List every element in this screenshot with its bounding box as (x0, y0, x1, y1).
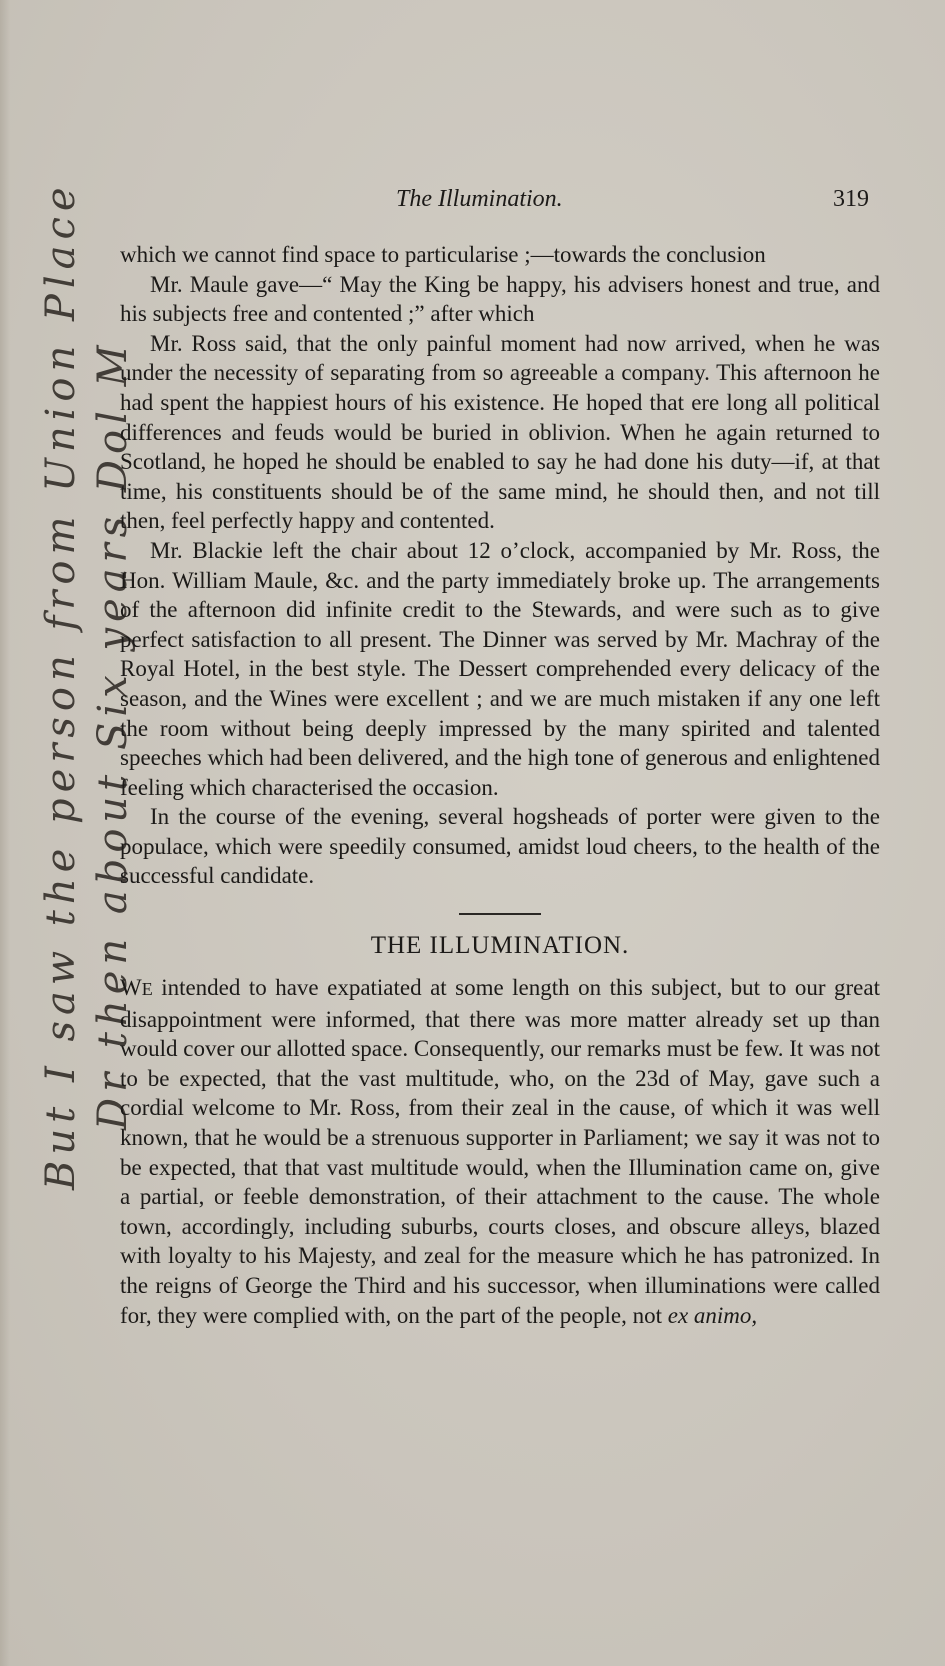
book-page: But I saw the person from Union Place Dr… (0, 0, 945, 1666)
section-divider (459, 913, 541, 915)
italic-phrase: ex animo, (668, 1303, 757, 1328)
section-paragraph: We intended to have expatiated at some l… (120, 973, 880, 1330)
paragraph: In the course of the evening, several ho… (120, 802, 880, 891)
marginalia-line-1: But I saw the person from Union Place (38, 181, 84, 1190)
paragraph: Mr. Maule gave—“ May the King be happy, … (120, 270, 880, 329)
body-text: which we cannot find space to particular… (120, 240, 880, 1330)
paragraph: Mr. Blackie left the chair about 12 o’cl… (120, 536, 880, 802)
page-number: 319 (833, 186, 869, 213)
paragraph: Mr. Ross said, that the only painful mom… (120, 329, 880, 536)
smallcap-lead: e (142, 979, 153, 999)
running-head: The Illumination. 319 (120, 186, 875, 220)
drop-initial: W (120, 975, 142, 1000)
running-title: The Illumination. (396, 186, 563, 213)
section-body: intended to have expatiated at some leng… (120, 975, 880, 1328)
paragraph: which we cannot find space to particular… (120, 240, 880, 270)
spine-shadow (0, 0, 10, 1666)
section-title: THE ILLUMINATION. (120, 929, 880, 963)
